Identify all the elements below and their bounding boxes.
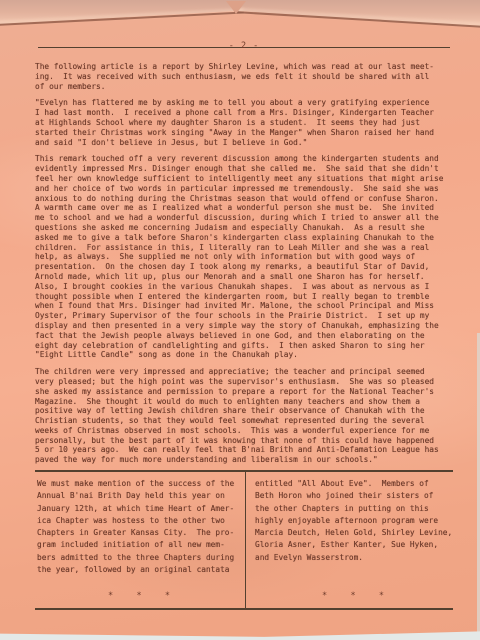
article-body: The following article is a report by Shi… (35, 62, 462, 472)
fold-notch (226, 1, 246, 14)
left-column-text: We must make mention of the success of t… (37, 478, 243, 576)
page-number: - 2 - (229, 41, 260, 51)
right-column-text: entitled "All About Eve". Members of Bet… (255, 478, 453, 564)
left-star-separator: * * * (37, 591, 243, 601)
scan-edge-bottom (0, 629, 480, 640)
page-header-rule: - 2 - (38, 33, 450, 48)
right-star-separator: * * * (255, 591, 453, 601)
bottom-right-column: entitled "All About Eve". Members of Bet… (246, 472, 453, 608)
article-paragraph-1: "Evelyn has flattered me by asking me to… (35, 98, 462, 147)
bottom-section: We must make mention of the success of t… (35, 470, 453, 610)
article-paragraph-3: The children were very impressed and app… (35, 367, 462, 465)
article-paragraph-2: This remark touched off a very reverent … (35, 154, 462, 360)
article-paragraph-intro: The following article is a report by Shi… (35, 62, 462, 91)
scanned-newsletter-page: - 2 - The following article is a report … (0, 0, 480, 640)
bottom-left-column: We must make mention of the success of t… (35, 472, 246, 608)
